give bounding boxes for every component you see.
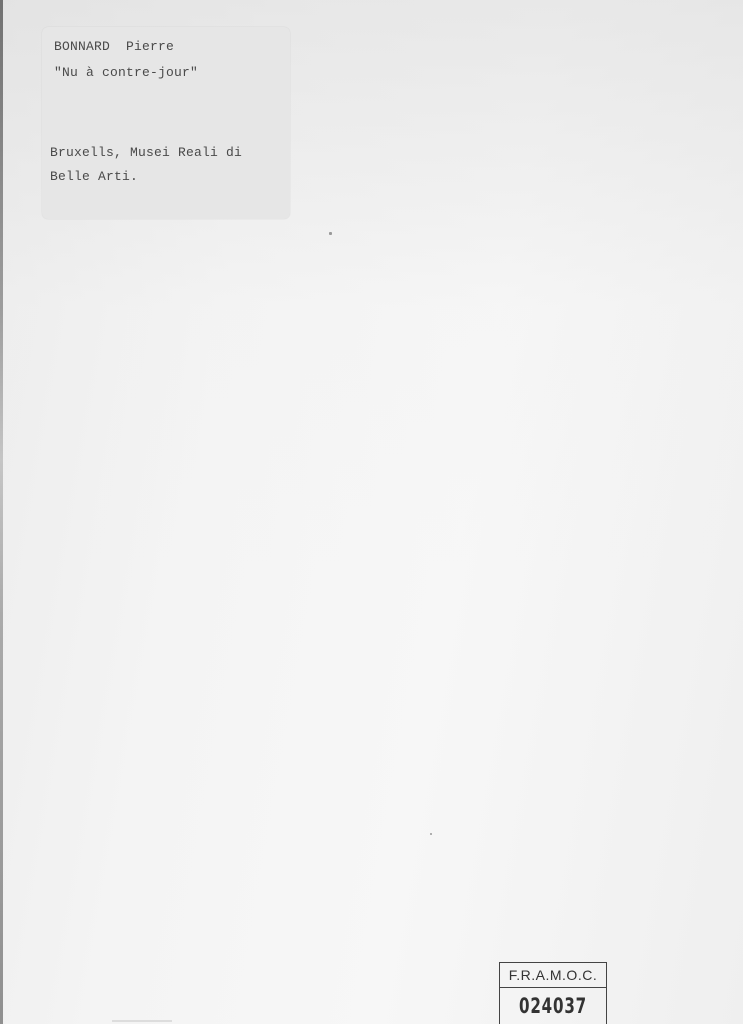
- stamp-institution: F.R.A.M.O.C.: [500, 963, 606, 988]
- bottom-edge-mark: [112, 1020, 172, 1022]
- location-line-1: Bruxells, Musei Reali di: [50, 145, 242, 160]
- archive-stamp: F.R.A.M.O.C. 024037: [499, 962, 607, 1024]
- artwork-title: "Nu à contre-jour": [54, 65, 198, 80]
- dust-speck: [430, 833, 432, 835]
- page-edge-shadow: [0, 0, 3, 1024]
- artist-name: BONNARD Pierre: [54, 39, 174, 54]
- dust-speck: [329, 232, 332, 235]
- location-line-2: Belle Arti.: [50, 169, 138, 184]
- catalog-label-card: BONNARD Pierre "Nu à contre-jour" Bruxel…: [42, 27, 290, 219]
- stamp-number: 024037: [511, 988, 596, 1024]
